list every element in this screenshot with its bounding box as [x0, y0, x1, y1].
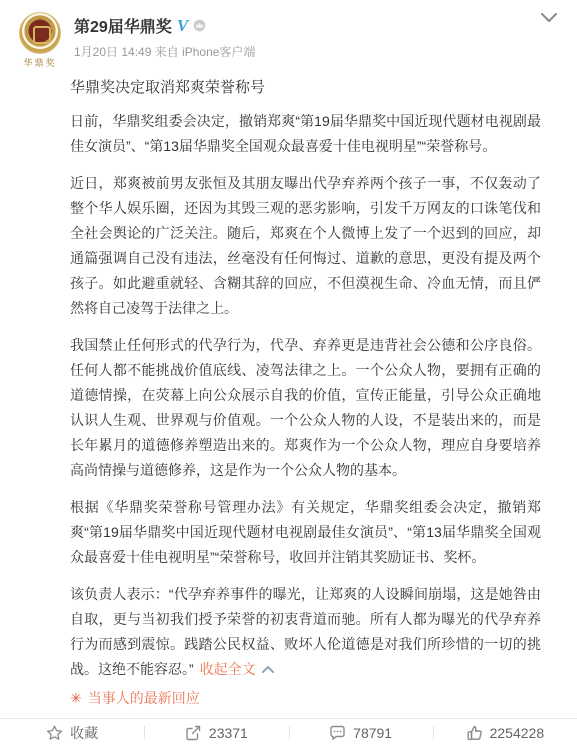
chevron-up-icon[interactable] — [262, 665, 274, 673]
member-crown-icon — [193, 19, 206, 32]
share-button[interactable]: 23371 — [144, 719, 288, 746]
action-toolbar: 收藏 23371 78791 2254228 — [0, 718, 577, 746]
post-body: 日前，华鼎奖组委会决定，撤销郑爽“第19届华鼎奖中国近现代题材电视剧最佳女演员”… — [0, 99, 577, 718]
like-button[interactable]: 2254228 — [433, 719, 577, 746]
comment-button[interactable]: 78791 — [289, 719, 433, 746]
favorite-label: 收藏 — [70, 723, 98, 743]
weibo-post: 华鼎奖 第29届华鼎奖 V 1月20日 14:49 来自 iPhone客户端 华… — [0, 0, 577, 746]
share-count: 23371 — [209, 725, 248, 741]
verified-v-icon: V — [177, 17, 188, 34]
user-info: 第29届华鼎奖 V 1月20日 14:49 来自 iPhone客户端 — [74, 12, 255, 69]
paragraph: 近日，郑爽被前男友张恒及其朋友曝出代孕弃养两个孩子一事，不仅轰动了整个华人娱乐圈… — [70, 171, 541, 321]
related-topic-link[interactable]: ✳ 当事人的最新回应 — [70, 686, 541, 718]
paragraph-text: 该负责人表示：“代孕弃养事件的曝光，让郑爽的人设瞬间崩塌，这是她咎由自取，更与当… — [70, 586, 541, 677]
post-header: 华鼎奖 第29届华鼎奖 V 1月20日 14:49 来自 iPhone客户端 — [0, 0, 577, 69]
username[interactable]: 第29届华鼎奖 — [74, 14, 172, 37]
comment-icon — [329, 725, 346, 741]
timestamp: 1月20日 14:49 来自 iPhone客户端 — [74, 43, 255, 60]
star-icon — [46, 725, 63, 741]
paragraph: 根据《华鼎奖荣誉称号管理办法》有关规定，华鼎奖组委会决定，撤销郑爽“第19届华鼎… — [70, 495, 541, 570]
paragraph: 我国禁止任何形式的代孕行为，代孕、弃养更是违背社会公德和公序良俗。任何人都不能挑… — [70, 333, 541, 483]
avatar[interactable]: 华鼎奖 — [14, 12, 66, 69]
hot-topic-icon: ✳ — [70, 691, 82, 705]
chevron-down-icon[interactable] — [539, 8, 559, 28]
collapse-fulltext-link[interactable]: 收起全文 — [200, 661, 256, 677]
huading-award-logo — [19, 12, 61, 54]
avatar-label: 华鼎奖 — [14, 56, 66, 69]
related-topic-label: 当事人的最新回应 — [88, 688, 200, 708]
post-title: 华鼎奖决定取消郑爽荣誉称号 — [0, 69, 577, 99]
comment-count: 78791 — [353, 725, 392, 741]
favorite-button[interactable]: 收藏 — [0, 719, 144, 746]
like-count: 2254228 — [490, 725, 545, 741]
paragraph: 日前，华鼎奖组委会决定，撤销郑爽“第19届华鼎奖中国近现代题材电视剧最佳女演员”… — [70, 109, 541, 159]
thumbs-up-icon — [466, 725, 483, 741]
paragraph: 该负责人表示：“代孕弃养事件的曝光，让郑爽的人设瞬间崩塌，这是她咎由自取，更与当… — [70, 582, 541, 682]
share-icon — [185, 725, 202, 741]
